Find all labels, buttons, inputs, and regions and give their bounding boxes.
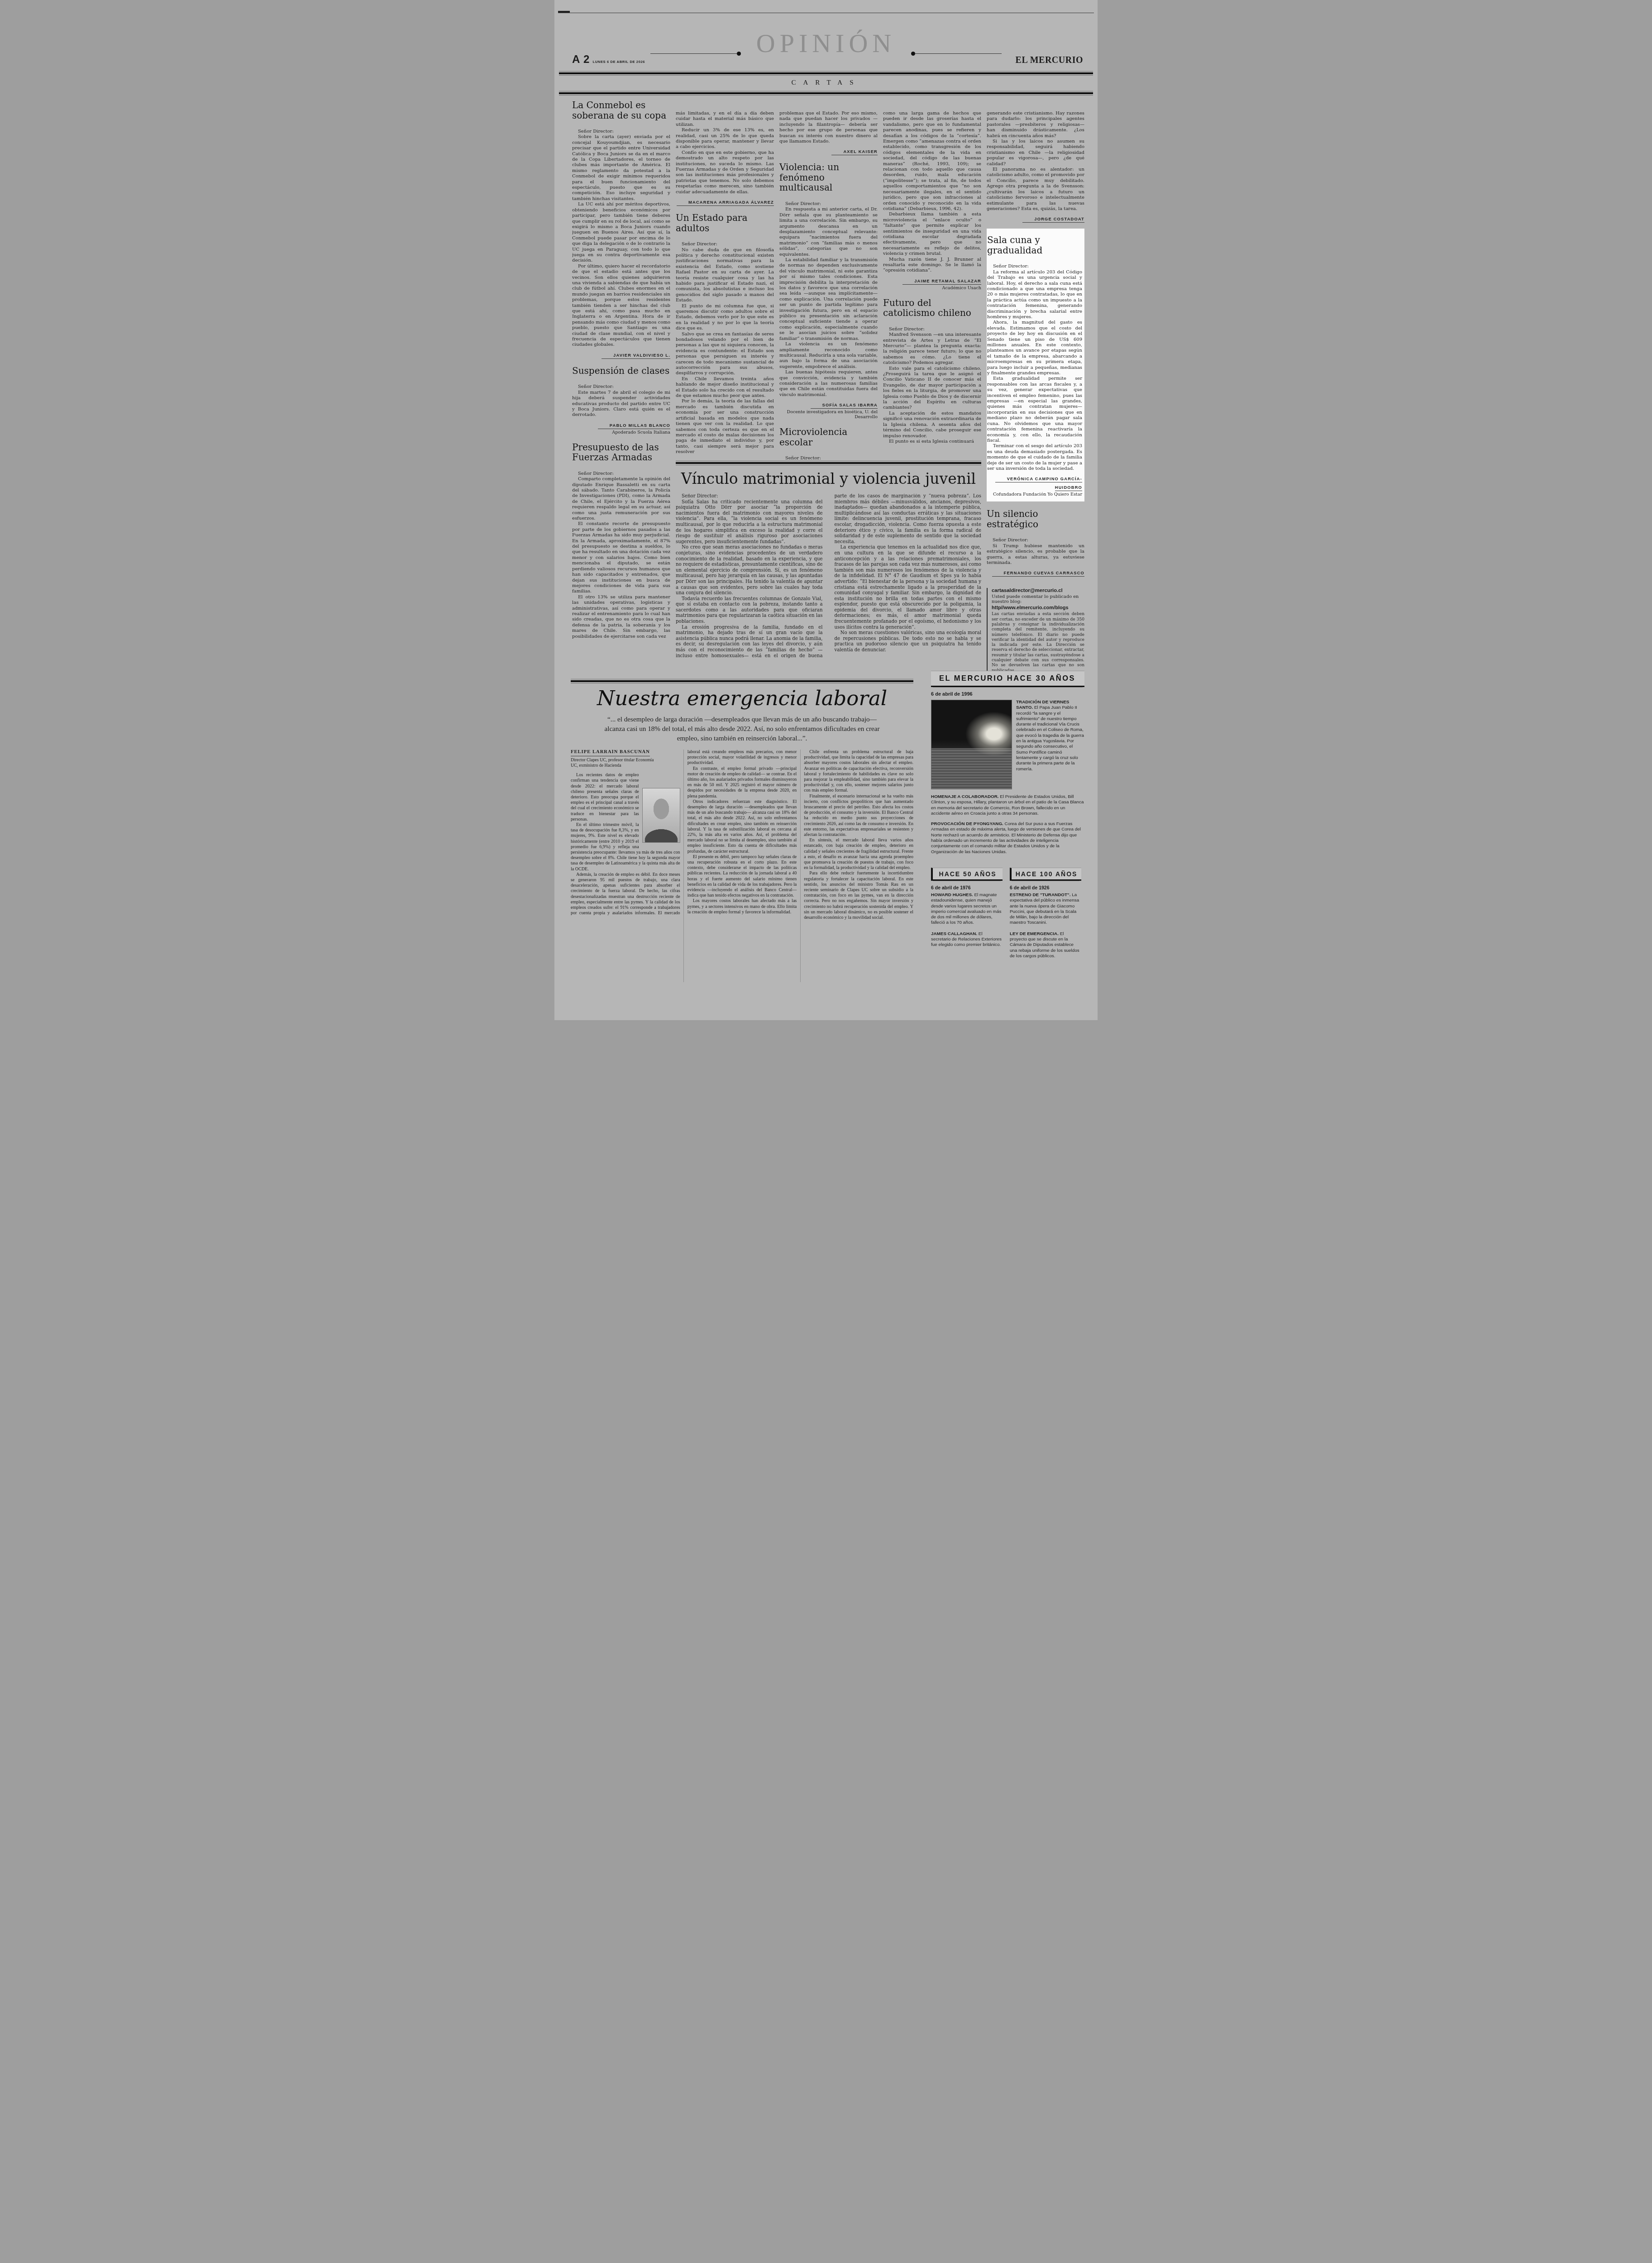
letter-title: Presupuesto de las Fuerzas Armadas bbox=[572, 442, 670, 463]
hace30-item-provocacion: PROVOCACIÓN DE PYONGYANG. Corea del Sur … bbox=[931, 821, 1084, 855]
letter-continuation: generando este cristianismo. Hay razones… bbox=[987, 99, 1084, 212]
hace30-photo-row: TRADICIÓN DE VIERNES SANTO. El Papa Juan… bbox=[931, 700, 1084, 789]
letter-continuation: como una larga gama de hechos que pueden… bbox=[883, 99, 981, 274]
oped-article: Nuestra emergencia laboral “... el desem… bbox=[571, 679, 913, 982]
oped-top-rule bbox=[571, 679, 913, 683]
item-lead: HOWARD HUGHES. bbox=[931, 893, 973, 898]
oped-paragraphs: Los recientes datos de empleo confirman … bbox=[571, 750, 913, 921]
letter-presupuesto-ffaa: Presupuesto de las Fuerzas Armadas Señor… bbox=[572, 442, 670, 640]
letters-policy-text: Las cartas enviadas a esta sección deben… bbox=[992, 612, 1084, 673]
letter-body: Señor Director:La microviolencia escolar… bbox=[779, 456, 878, 460]
letter-affiliation: Docente investigadora en bioética, U. de… bbox=[779, 410, 878, 420]
oped-body: FELIPE LARRAÍN BASCUÑÁN Director Clapes … bbox=[571, 750, 913, 982]
hace100-date: 6 de abril de 1926 bbox=[1010, 885, 1081, 891]
letter-signature: AXEL KAISER bbox=[779, 146, 878, 155]
letter-signature: SOFÍA SALAS IBARRA bbox=[779, 400, 878, 408]
letter-body: Señor Director:Sobre la carta (ayer) env… bbox=[572, 129, 670, 348]
via-crucis-coliseo-photo bbox=[931, 700, 1012, 789]
letter-signature: FERNANDO CUEVAS CARRASCO bbox=[987, 568, 1084, 576]
featured-letter-vinculo: Vínculo matrimonial y violencia juvenil … bbox=[676, 460, 981, 679]
hace30-item-homenaje: HOMENAJE A COLABORADOR. El Presidente de… bbox=[931, 794, 1084, 816]
letter-title: La Conmebol es soberana de su copa bbox=[572, 100, 670, 120]
letter-title: Un silencio estratégico bbox=[987, 509, 1084, 529]
letters-column-5: generando este cristianismo. Hay razones… bbox=[987, 99, 1084, 679]
hace50-band-title: HACE 50 AÑOS bbox=[931, 868, 1003, 881]
masthead-brand: EL MERCURIO bbox=[1016, 55, 1083, 66]
top-rule bbox=[558, 13, 1094, 13]
newspaper-page: OPINIÓN A 2LUNES 6 DE ABRIL DE 2026 EL M… bbox=[554, 0, 1098, 1020]
hace50-date: 6 de abril de 1976 bbox=[931, 885, 1003, 891]
letter-body: Señor Director:En respuesta a mi anterio… bbox=[779, 201, 878, 398]
letter-body: Señor Director:Este martes 7 de abril el… bbox=[572, 384, 670, 418]
letters-column-1: La Conmebol es soberana de su copa Señor… bbox=[572, 99, 670, 679]
letters-column-3: problemas que el Estado. Por eso mismo, … bbox=[779, 99, 878, 460]
letter-body: Señor Director:La reforma al artículo 20… bbox=[987, 264, 1082, 472]
hace50-item-callaghan: JAMES CALLAGHAN. El secretario de Relaci… bbox=[931, 931, 1003, 948]
letter-continuation: problemas que el Estado. Por eso mismo, … bbox=[779, 99, 878, 144]
letter-microviolencia: Microviolencia escolar Señor Director:La… bbox=[779, 427, 878, 460]
letter-affiliation: Apoderado Scuola Italiana bbox=[572, 430, 670, 435]
letter-title: Violencia: un fenómeno multicausal bbox=[779, 162, 878, 193]
item-lead: PROVOCACIÓN DE PYONGYANG. bbox=[931, 821, 1003, 826]
hace50-box: HACE 50 AÑOS 6 de abril de 1976 HOWARD H… bbox=[931, 868, 1003, 964]
item-lead: ESTRENO DE "TURANDOT". bbox=[1010, 893, 1070, 898]
hace100-band-title: HACE 100 AÑOS bbox=[1010, 868, 1081, 881]
page-date: LUNES 6 DE ABRIL DE 2026 bbox=[592, 60, 645, 64]
oped-pull-quote: “... el desempleo de larga duración —des… bbox=[602, 715, 883, 743]
letter-conmebol: La Conmebol es soberana de su copa Señor… bbox=[572, 100, 670, 358]
letters-column-4: como una larga gama de hechos que pueden… bbox=[883, 99, 981, 460]
header-rule bbox=[559, 71, 1093, 76]
letter-title: Microviolencia escolar bbox=[779, 427, 878, 447]
ornament-rule-right bbox=[913, 53, 1002, 54]
hace30-band-title: EL MERCURIO HACE 30 AÑOS bbox=[931, 671, 1084, 686]
subsection-title: CARTAS bbox=[554, 79, 1098, 87]
item-lead: LEY DE EMERGENCIA. bbox=[1010, 931, 1059, 936]
letter-title: Sala cuna y gradualidad bbox=[987, 235, 1082, 255]
hace50-item-hughes: HOWARD HUGHES. El magnate estadounidense… bbox=[931, 893, 1003, 926]
ornament-dot-left bbox=[737, 52, 741, 56]
letter-title: Suspensión de clases bbox=[572, 366, 670, 376]
letter-title: Futuro del catolicismo chileno bbox=[883, 298, 981, 318]
letter-body: Señor Director:Comparto completamente la… bbox=[572, 471, 670, 640]
letter-signature: MACARENA ARRIAGADA ÁLVAREZ bbox=[676, 197, 774, 205]
letter-title: Un Estado para adultos bbox=[676, 213, 774, 233]
letters-column-2: más limitadas, y en el día a día deben c… bbox=[676, 99, 774, 460]
hace100-item-ley-emergencia: LEY DE EMERGENCIA. El proyecto que se di… bbox=[1010, 931, 1081, 959]
item-text: El Papa Juan Pablo II recordó “la sangre… bbox=[1016, 705, 1084, 771]
letter-affiliation: Cofundadora Fundación Yo Quiero Estar bbox=[987, 492, 1082, 497]
letter-signature: JORGE COSTADOAT bbox=[987, 214, 1084, 222]
letters-contact-box: cartasaldirector@mercurio.cl Usted puede… bbox=[987, 588, 1084, 673]
letter-body: Señor Director:No cabe duda de que en fi… bbox=[676, 242, 774, 455]
letter-body: Señor Director:Si Trump hubiese mantenid… bbox=[987, 538, 1084, 566]
letters-section: La Conmebol es soberana de su copa Señor… bbox=[572, 99, 1084, 679]
history-sidebar: EL MERCURIO HACE 30 AÑOS 6 de abril de 1… bbox=[931, 671, 1084, 964]
hace100-box: HACE 100 AÑOS 6 de abril de 1926 ESTRENO… bbox=[1010, 868, 1081, 964]
letter-futuro-catolicismo: Futuro del catolicismo chileno Señor Dir… bbox=[883, 298, 981, 445]
letter-signature: JAIME RETAMAL SALAZAR bbox=[883, 276, 981, 284]
ornament-rule-left bbox=[650, 53, 739, 54]
page-number: A 2 bbox=[572, 53, 590, 66]
letter-body: Señor Director:Manfred Svensson —en una … bbox=[883, 327, 981, 445]
featured-letter-body: Señor Director:Sofía Salas ha criticado … bbox=[676, 494, 981, 671]
letters-email[interactable]: cartasaldirector@mercurio.cl bbox=[992, 588, 1084, 593]
letter-signature: PABLO MILLAS BLANCO bbox=[572, 420, 670, 429]
featured-letter-rule bbox=[676, 461, 981, 465]
blog-url[interactable]: http//www.elmercurio.com/blogs bbox=[992, 605, 1084, 611]
letter-continuation: más limitadas, y en el día a día deben c… bbox=[676, 99, 774, 195]
letter-affiliation: Académico Usach bbox=[883, 286, 981, 291]
letter-signature: JAVIER VALDIVIESO L. bbox=[572, 350, 670, 358]
item-lead: JAMES CALLAGHAN. bbox=[931, 931, 977, 936]
oped-author: FELIPE LARRAÍN BASCUÑÁN bbox=[571, 750, 650, 756]
featured-letter-title: Vínculo matrimonial y violencia juvenil bbox=[676, 470, 981, 487]
letter-signature: VERÓNICA CAMPINO GARCÍA-HUIDOBRO bbox=[987, 473, 1082, 491]
oped-byline: FELIPE LARRAÍN BASCUÑÁN Director Clapes … bbox=[571, 750, 680, 769]
hace100-item-turandot: ESTRENO DE "TURANDOT". La expectativa de… bbox=[1010, 893, 1081, 926]
felipe-larrain-portrait bbox=[642, 788, 680, 843]
highlight-letter-box: Sala cuna y gradualidad Señor Director:L… bbox=[987, 229, 1084, 501]
hace-50-100-row: HACE 50 AÑOS 6 de abril de 1976 HOWARD H… bbox=[931, 868, 1084, 964]
ornament-dot-right bbox=[911, 52, 915, 56]
hace30-header: EL MERCURIO HACE 30 AÑOS bbox=[931, 671, 1084, 687]
letter-suspension-clases: Suspensión de clases Señor Director:Este… bbox=[572, 366, 670, 435]
folio: A 2LUNES 6 DE ABRIL DE 2026 bbox=[572, 53, 645, 66]
letter-violencia-multicausal: Violencia: un fenómeno multicausal Señor… bbox=[779, 162, 878, 420]
letter-estado-adultos: Un Estado para adultos Señor Director:No… bbox=[676, 213, 774, 455]
letter-silencio-estrategico: Un silencio estratégico Señor Director:S… bbox=[987, 509, 1084, 576]
oped-title: Nuestra emergencia laboral bbox=[571, 686, 913, 710]
oped-author-role: Director Clapes UC, profesor titular Eco… bbox=[571, 758, 680, 769]
hace30-date: 6 de abril de 1996 bbox=[931, 692, 1084, 697]
subsection-rule bbox=[559, 91, 1093, 95]
hace30-item-tradicion: TRADICIÓN DE VIERNES SANTO. El Papa Juan… bbox=[1016, 700, 1084, 789]
item-lead: HOMENAJE A COLABORADOR. bbox=[931, 794, 999, 799]
blog-invite-text: Usted puede comentar lo publicado en nue… bbox=[992, 594, 1084, 604]
